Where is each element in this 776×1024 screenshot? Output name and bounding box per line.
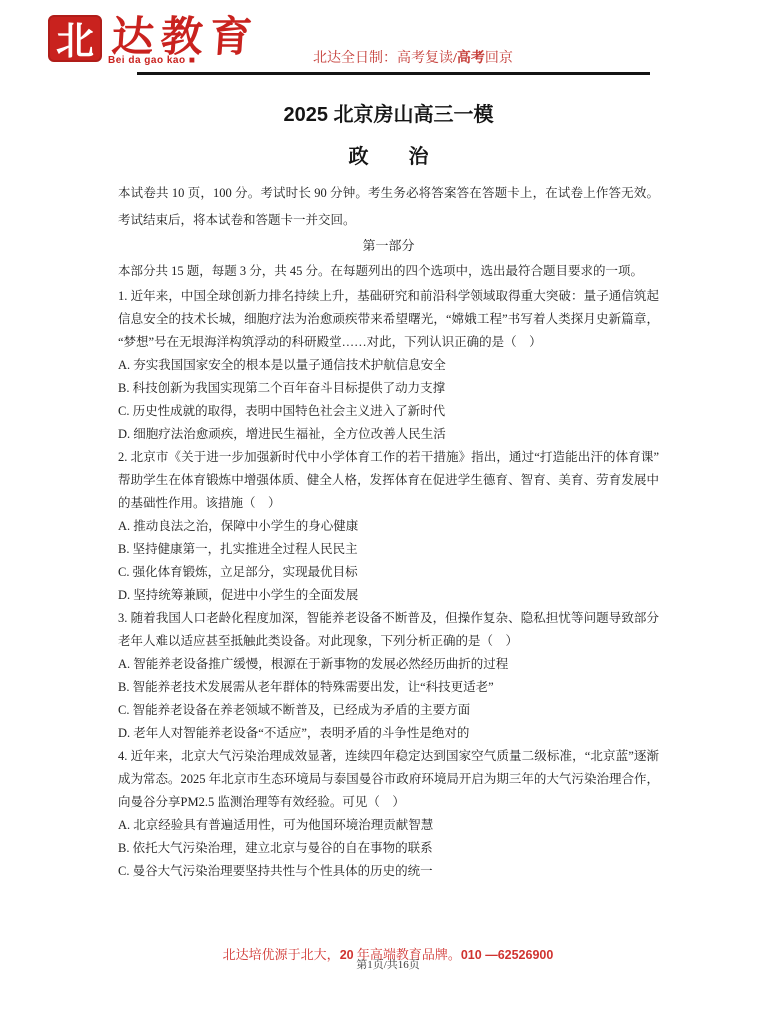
option-c: C. 历史性成就的取得，表明中国特色社会主义进入了新时代 [118, 400, 659, 423]
option-b: B. 坚持健康第一，扎实推进全过程人民民主 [118, 538, 659, 561]
question-3: 3. 随着我国人口老龄化程度加深，智能养老设备不断普及，但操作复杂、隐私担忧等问… [118, 607, 659, 745]
option-a: A. 夯实我国国家安全的根本是以量子通信技术护航信息安全 [118, 354, 659, 377]
header-tagline: 北达全日制：高考复读/高考回京 [313, 47, 513, 67]
tagline-pre: 北达全日制：高考复读 [313, 51, 453, 66]
exam-subject: 政 治 [118, 144, 659, 170]
option-d: D. 老年人对智能养老设备“不适应”，表明矛盾的斗争性是绝对的 [118, 722, 659, 745]
part-one-heading: 第一部分 [118, 234, 659, 258]
option-a: A. 推动良法之治，保障中小学生的身心健康 [118, 515, 659, 538]
exam-instructions: 本试卷共 10 页，100 分。考试时长 90 分钟。考生务必将答案答在答题卡上… [118, 180, 659, 234]
question-4: 4. 近年来，北京大气污染治理成效显著，连续四年稳定达到国家空气质量二级标准，“… [118, 745, 659, 883]
option-b: B. 智能养老技术发展需从老年群体的特殊需要出发，让“科技更适老” [118, 676, 659, 699]
brand-seal-icon: 北 [48, 15, 102, 62]
brand-romanization: Bei da gao kao ■ [108, 55, 195, 66]
question-stem: 2. 北京市《关于进一步加强新时代中小学体育工作的若干措施》指出，通过“打造能出… [118, 446, 659, 515]
tagline-post: 回京 [485, 51, 513, 66]
question-1: 1. 近年来，中国全球创新力排名持续上升，基础研究和前沿科学领域取得重大突破：量… [118, 285, 659, 446]
option-a: A. 智能养老设备推广缓慢，根源在于新事物的发展必然经历曲折的过程 [118, 653, 659, 676]
option-a: A. 北京经验具有普遍适用性，可为他国环境治理贡献智慧 [118, 814, 659, 837]
exam-paper-page: 北 达教育 Bei da gao kao ■ 北达全日制：高考复读/高考回京 2… [0, 0, 776, 1024]
question-stem: 1. 近年来，中国全球创新力排名持续上升，基础研究和前沿科学领域取得重大突破：量… [118, 285, 659, 354]
tagline-bold: /高考 [453, 51, 485, 66]
option-c: C. 曼谷大气污染治理要坚持共性与个性具体的历史的统一 [118, 860, 659, 883]
option-d: D. 细胞疗法治愈顽疾，增进民生福祉，全方位改善人民生活 [118, 423, 659, 446]
option-b: B. 科技创新为我国实现第二个百年奋斗目标提供了动力支撑 [118, 377, 659, 400]
option-d: D. 坚持统筹兼顾，促进中小学生的全面发展 [118, 584, 659, 607]
header-divider [137, 72, 650, 75]
question-stem: 4. 近年来，北京大气污染治理成效显著，连续四年稳定达到国家空气质量二级标准，“… [118, 745, 659, 814]
question-2: 2. 北京市《关于进一步加强新时代中小学体育工作的若干措施》指出，通过“打造能出… [118, 446, 659, 607]
part-one-instructions: 本部分共 15 题，每题 3 分，共 45 分。在每题列出的四个选项中，选出最符… [118, 258, 659, 285]
exam-title: 2025 北京房山高三一模 [118, 102, 659, 128]
document-body: 2025 北京房山高三一模 政 治 本试卷共 10 页，100 分。考试时长 9… [118, 94, 659, 883]
page-number: 第1页/共16页 [0, 956, 776, 972]
option-b: B. 依托大气污染治理，建立北京与曼谷的自在事物的联系 [118, 837, 659, 860]
question-stem: 3. 随着我国人口老龄化程度加深，智能养老设备不断普及，但操作复杂、隐私担忧等问… [118, 607, 659, 653]
option-c: C. 智能养老设备在养老领域不断普及，已经成为矛盾的主要方面 [118, 699, 659, 722]
option-c: C. 强化体育锻炼，立足部分，实现最优目标 [118, 561, 659, 584]
